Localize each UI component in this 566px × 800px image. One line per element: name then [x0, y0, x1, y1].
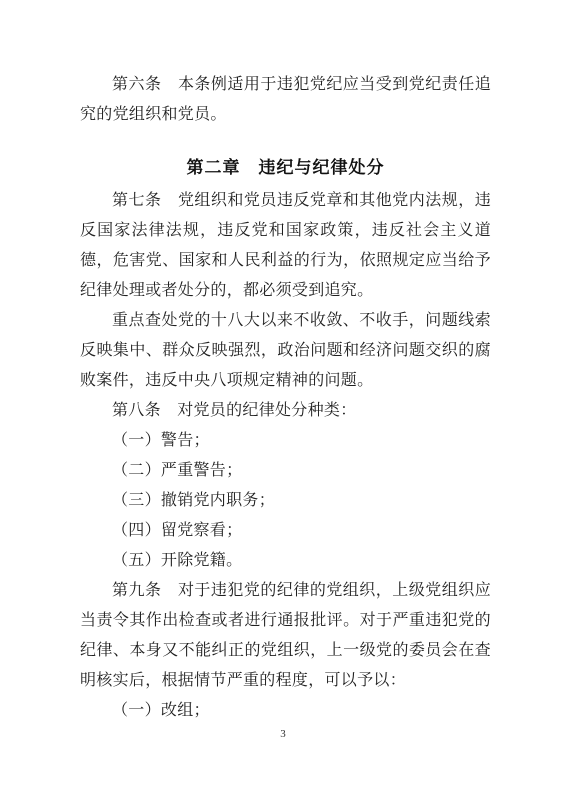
member-discipline-item-4: （四）留党察看；: [80, 516, 491, 546]
article-8-paragraph: 第八条 对党员的纪律处分种类：: [80, 396, 491, 426]
article-6-paragraph: 第六条 本条例适用于违犯党纪应当受到党纪责任追究的党组织和党员。: [80, 70, 491, 130]
article-9-paragraph: 第九条 对于违犯党的纪律的党组织，上级党组织应当责令其作出检查或者进行通报批评。…: [80, 576, 491, 696]
member-discipline-item-3: （三）撤销党内职务；: [80, 486, 491, 516]
document-body: 第六条 本条例适用于违犯党纪应当受到党纪责任追究的党组织和党员。 第二章 违纪与…: [80, 70, 491, 726]
member-discipline-item-2: （二）严重警告；: [80, 456, 491, 486]
page-number: 3: [0, 727, 566, 741]
chapter-2-heading: 第二章 违纪与纪律处分: [80, 153, 491, 183]
key-cases-paragraph: 重点查处党的十八大以来不收敛、不收手，问题线索反映集中、群众反映强烈，政治问题和…: [80, 306, 491, 396]
article-7-paragraph: 第七条 党组织和党员违反党章和其他党内法规，违反国家法律法规，违反党和国家政策，…: [80, 186, 491, 306]
org-measure-item-1: （一）改组；: [80, 696, 491, 726]
document-page: 第六条 本条例适用于违犯党纪应当受到党纪责任追究的党组织和党员。 第二章 违纪与…: [0, 0, 566, 800]
member-discipline-item-1: （一）警告；: [80, 426, 491, 456]
member-discipline-item-5: （五）开除党籍。: [80, 546, 491, 576]
